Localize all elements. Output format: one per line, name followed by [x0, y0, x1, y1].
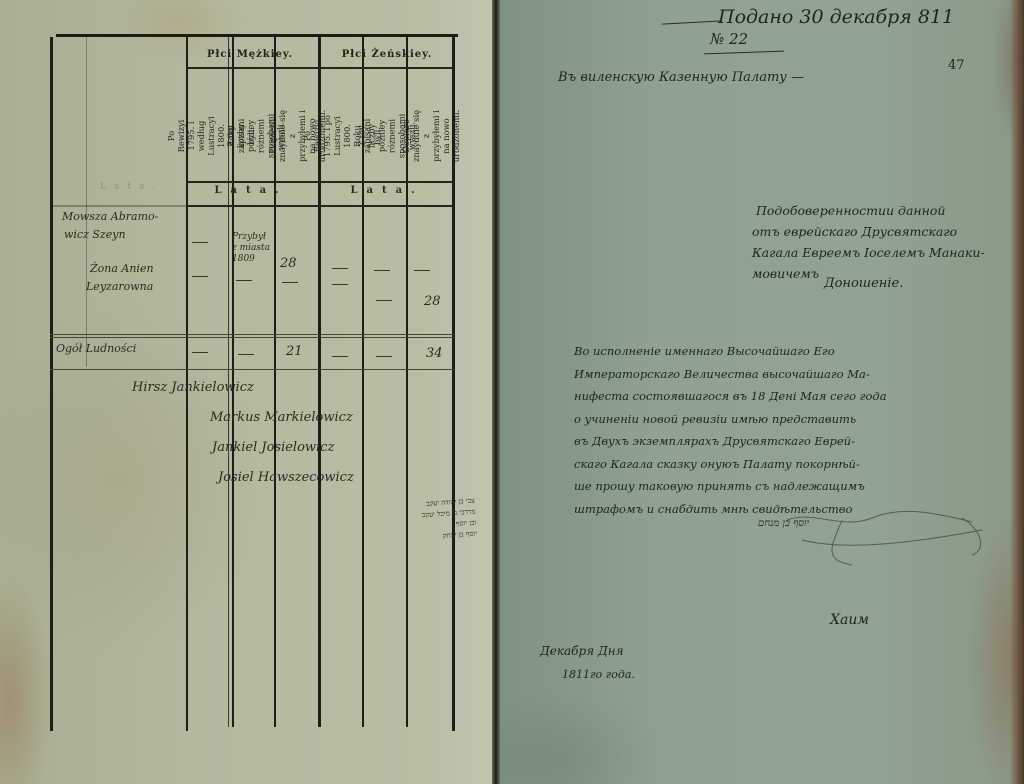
total-cell-5: [376, 356, 392, 357]
table-left-border: [50, 37, 53, 731]
closing-signature: Хаим: [830, 612, 869, 628]
page-number: 47: [948, 58, 965, 73]
total-row-rule: [50, 369, 454, 370]
header-rule-faint: [50, 205, 186, 207]
total-cell-6: 34: [426, 346, 443, 361]
signature-3: Jankiel Josielowicz: [212, 440, 334, 455]
body-text: Во исполненіе именнаго Высочайшаго Его И…: [574, 340, 887, 520]
signature-2: Markus Markielowicz: [210, 410, 353, 425]
total-cell-1: [192, 352, 208, 353]
female-years-subheader: Lata.: [320, 182, 454, 198]
total-cell-2: [238, 354, 254, 355]
total-cell-4: [332, 356, 348, 357]
row-1-dash: [374, 270, 390, 271]
page-edge-stain: [1010, 0, 1024, 784]
male-years-subheader: Lata.: [188, 182, 314, 198]
title-block: Подобоверенностии данной отъ еврейскаго …: [756, 200, 985, 284]
row-2-cell-2: [236, 280, 252, 281]
hebrew-signatures: צבי בן יהודה יעקב מרדכי בן מיכל יעקב ובן…: [403, 496, 478, 545]
signature-4: Josiel Hawszecowicz: [218, 470, 354, 485]
table-faint-line: [86, 37, 87, 367]
date-line-2: 1811го года.: [562, 668, 635, 681]
row-2-cell-6: 28: [424, 294, 441, 309]
left-page: Płci Mężkiey. Płci Żeńskiey. Po Rewizyi …: [0, 0, 492, 784]
total-row-rule: [50, 334, 454, 335]
faded-years-subheader: Lata.: [100, 182, 163, 192]
row-1-cell-3: 28: [280, 256, 297, 271]
female-group-header: Płci Żeńskiey.: [320, 42, 454, 66]
signature-1: Hirsz Jankielowicz: [132, 380, 254, 395]
total-row-label: Ogół Ludności: [56, 342, 136, 355]
date-line-1: Декабря Дня: [540, 644, 624, 658]
row-2-cell-4: [332, 284, 348, 285]
row-1-dash: [414, 270, 430, 271]
book-gutter: [492, 0, 500, 784]
filing-underline: [662, 20, 722, 24]
row-2-cell-5: [376, 300, 392, 301]
filing-note: Подано 30 декабря 811: [718, 6, 954, 28]
number-underline: [704, 51, 784, 55]
addressee: Въ виленскую Казенную Палату —: [558, 70, 804, 85]
row-1-name-line-1: Mowsza Abramo-: [62, 210, 158, 223]
row-1-name-line-2: wicz Szeyn: [64, 228, 126, 241]
row-2-cell-1: [192, 276, 208, 277]
row-1-dash: [332, 268, 348, 269]
right-page: Подано 30 декабря 811 № 22 Въ виленскую …: [500, 0, 1024, 784]
total-row-rule: [50, 337, 454, 338]
row-1-cell-2: Przybył z miasta 1809: [232, 232, 272, 265]
document-number: № 22: [710, 30, 748, 48]
document-type: Доношеніе.: [824, 276, 903, 291]
signature-flourish-icon: [782, 510, 1002, 570]
male-group-header: Płci Mężkiey.: [188, 42, 312, 66]
row-2-name-line-2: Leyzarowna: [86, 280, 153, 293]
row-1-cell-1: [192, 242, 208, 243]
row-2-name-line-1: Żona Anien: [90, 262, 154, 275]
row-2-cell-3: [282, 282, 298, 283]
total-cell-3: 21: [286, 344, 303, 359]
